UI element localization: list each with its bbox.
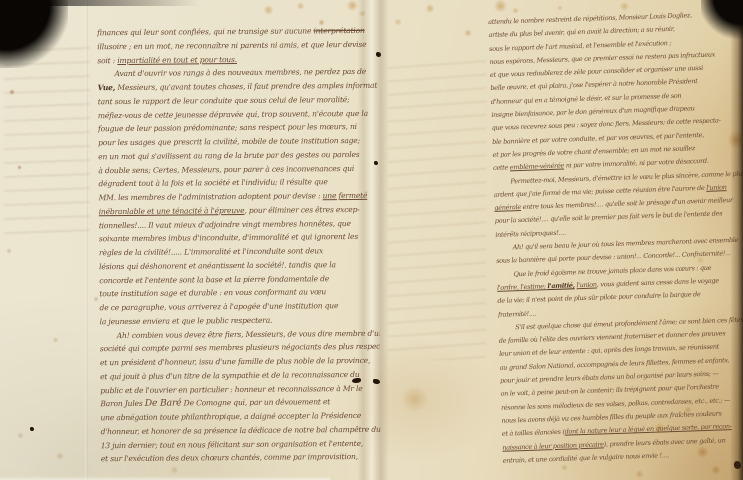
left-page-crease	[85, 0, 88, 480]
right-page-text: attendu le nombre restreint de répétitio…	[488, 8, 743, 476]
photo-edge-bottom	[0, 476, 330, 480]
manuscript-line: de ce paragraphe, vous arriverez à l'apo…	[99, 299, 379, 315]
manuscript-line: public et de l'ouvrier en particulier : …	[100, 381, 380, 397]
manuscript-line: à double sens; Certes, Messieurs, pour p…	[98, 161, 378, 177]
photo-corner-top-left	[0, 0, 68, 68]
manuscript-spread: finances qui leur sont confiées, qui ne …	[0, 0, 743, 480]
photo-edge-right	[730, 0, 743, 480]
manuscript-line: et sur l'exécution des deux chœurs chant…	[101, 450, 381, 466]
manuscript-line: illusoire ; en un mot, ne reconnaître ni…	[97, 38, 377, 54]
photo-corner-top-right	[701, 0, 743, 40]
manuscript-line: soixante membres imbus d'inconduite, d'i…	[99, 230, 379, 246]
left-page-text: finances qui leur sont confiées, qui ne …	[97, 24, 381, 473]
